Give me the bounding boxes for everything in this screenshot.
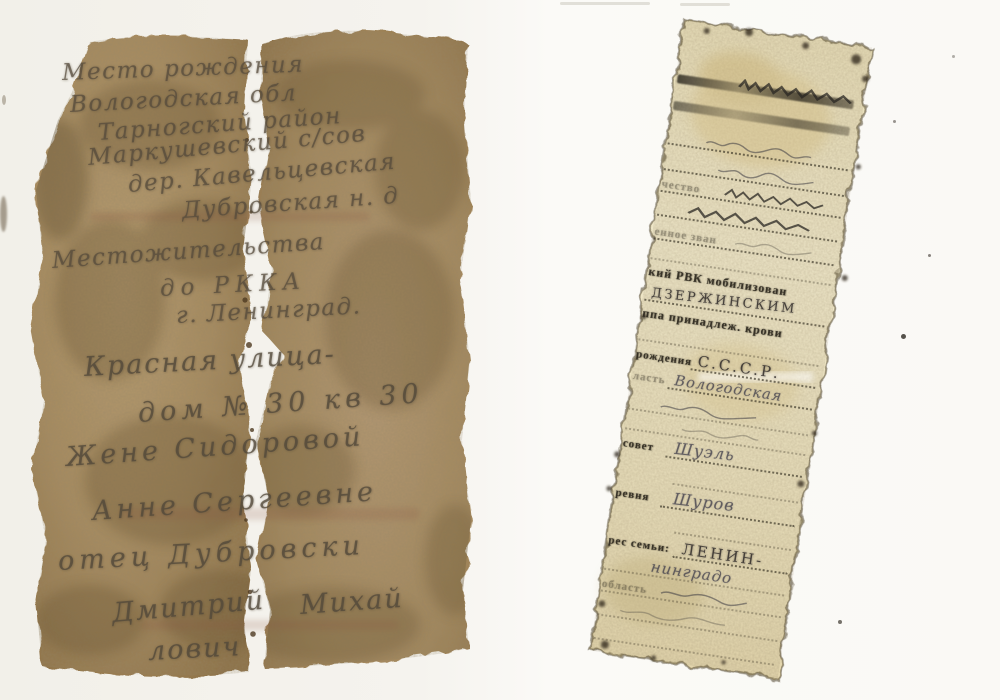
dust-speck bbox=[838, 620, 842, 624]
dust-speck bbox=[928, 254, 931, 257]
dust-speck bbox=[901, 334, 906, 339]
field-label: совет bbox=[622, 437, 655, 454]
field-label: ревня bbox=[615, 487, 651, 504]
dust-speck bbox=[952, 55, 955, 58]
handwritten-line: лович bbox=[147, 631, 242, 667]
scan-artifact bbox=[560, 2, 650, 5]
illegible-handwriting bbox=[704, 135, 815, 163]
scan-artifact bbox=[2, 95, 6, 105]
scan-artifact bbox=[0, 196, 7, 232]
scan-artifact bbox=[680, 3, 730, 6]
field-label: ласть bbox=[632, 370, 666, 387]
field-label: рес семьи: bbox=[608, 534, 671, 555]
scanned-documents-page: Место рождения Вологодская обл Тарногски… bbox=[0, 0, 1000, 700]
field-label: рождения bbox=[635, 348, 693, 368]
dust-speck bbox=[893, 120, 896, 123]
